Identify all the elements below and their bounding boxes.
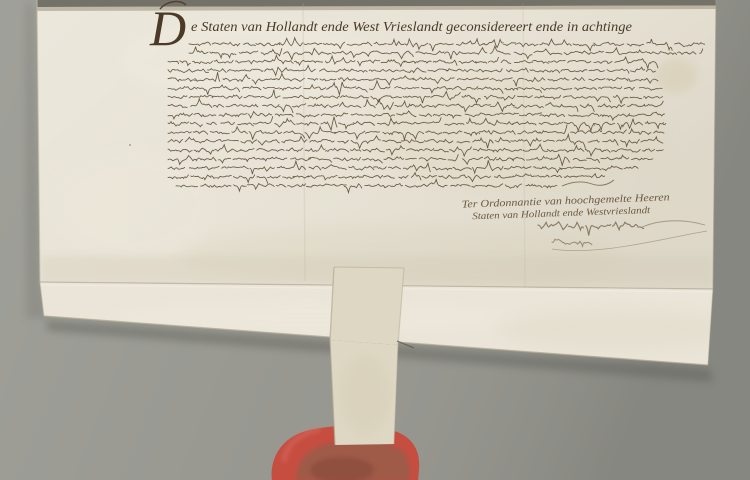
heading-initial: D — [149, 0, 186, 56]
heading-text: e Staten van Hollandt ende West Vrieslan… — [191, 19, 632, 34]
ink-speck — [129, 144, 131, 146]
charter-photograph: Red wax pendent seal hanging from a parc… — [0, 0, 750, 480]
photo-canvas: Red wax pendent seal hanging from a parc… — [0, 0, 750, 480]
tail-shading — [339, 355, 391, 435]
tail-upper-segment — [330, 267, 404, 345]
